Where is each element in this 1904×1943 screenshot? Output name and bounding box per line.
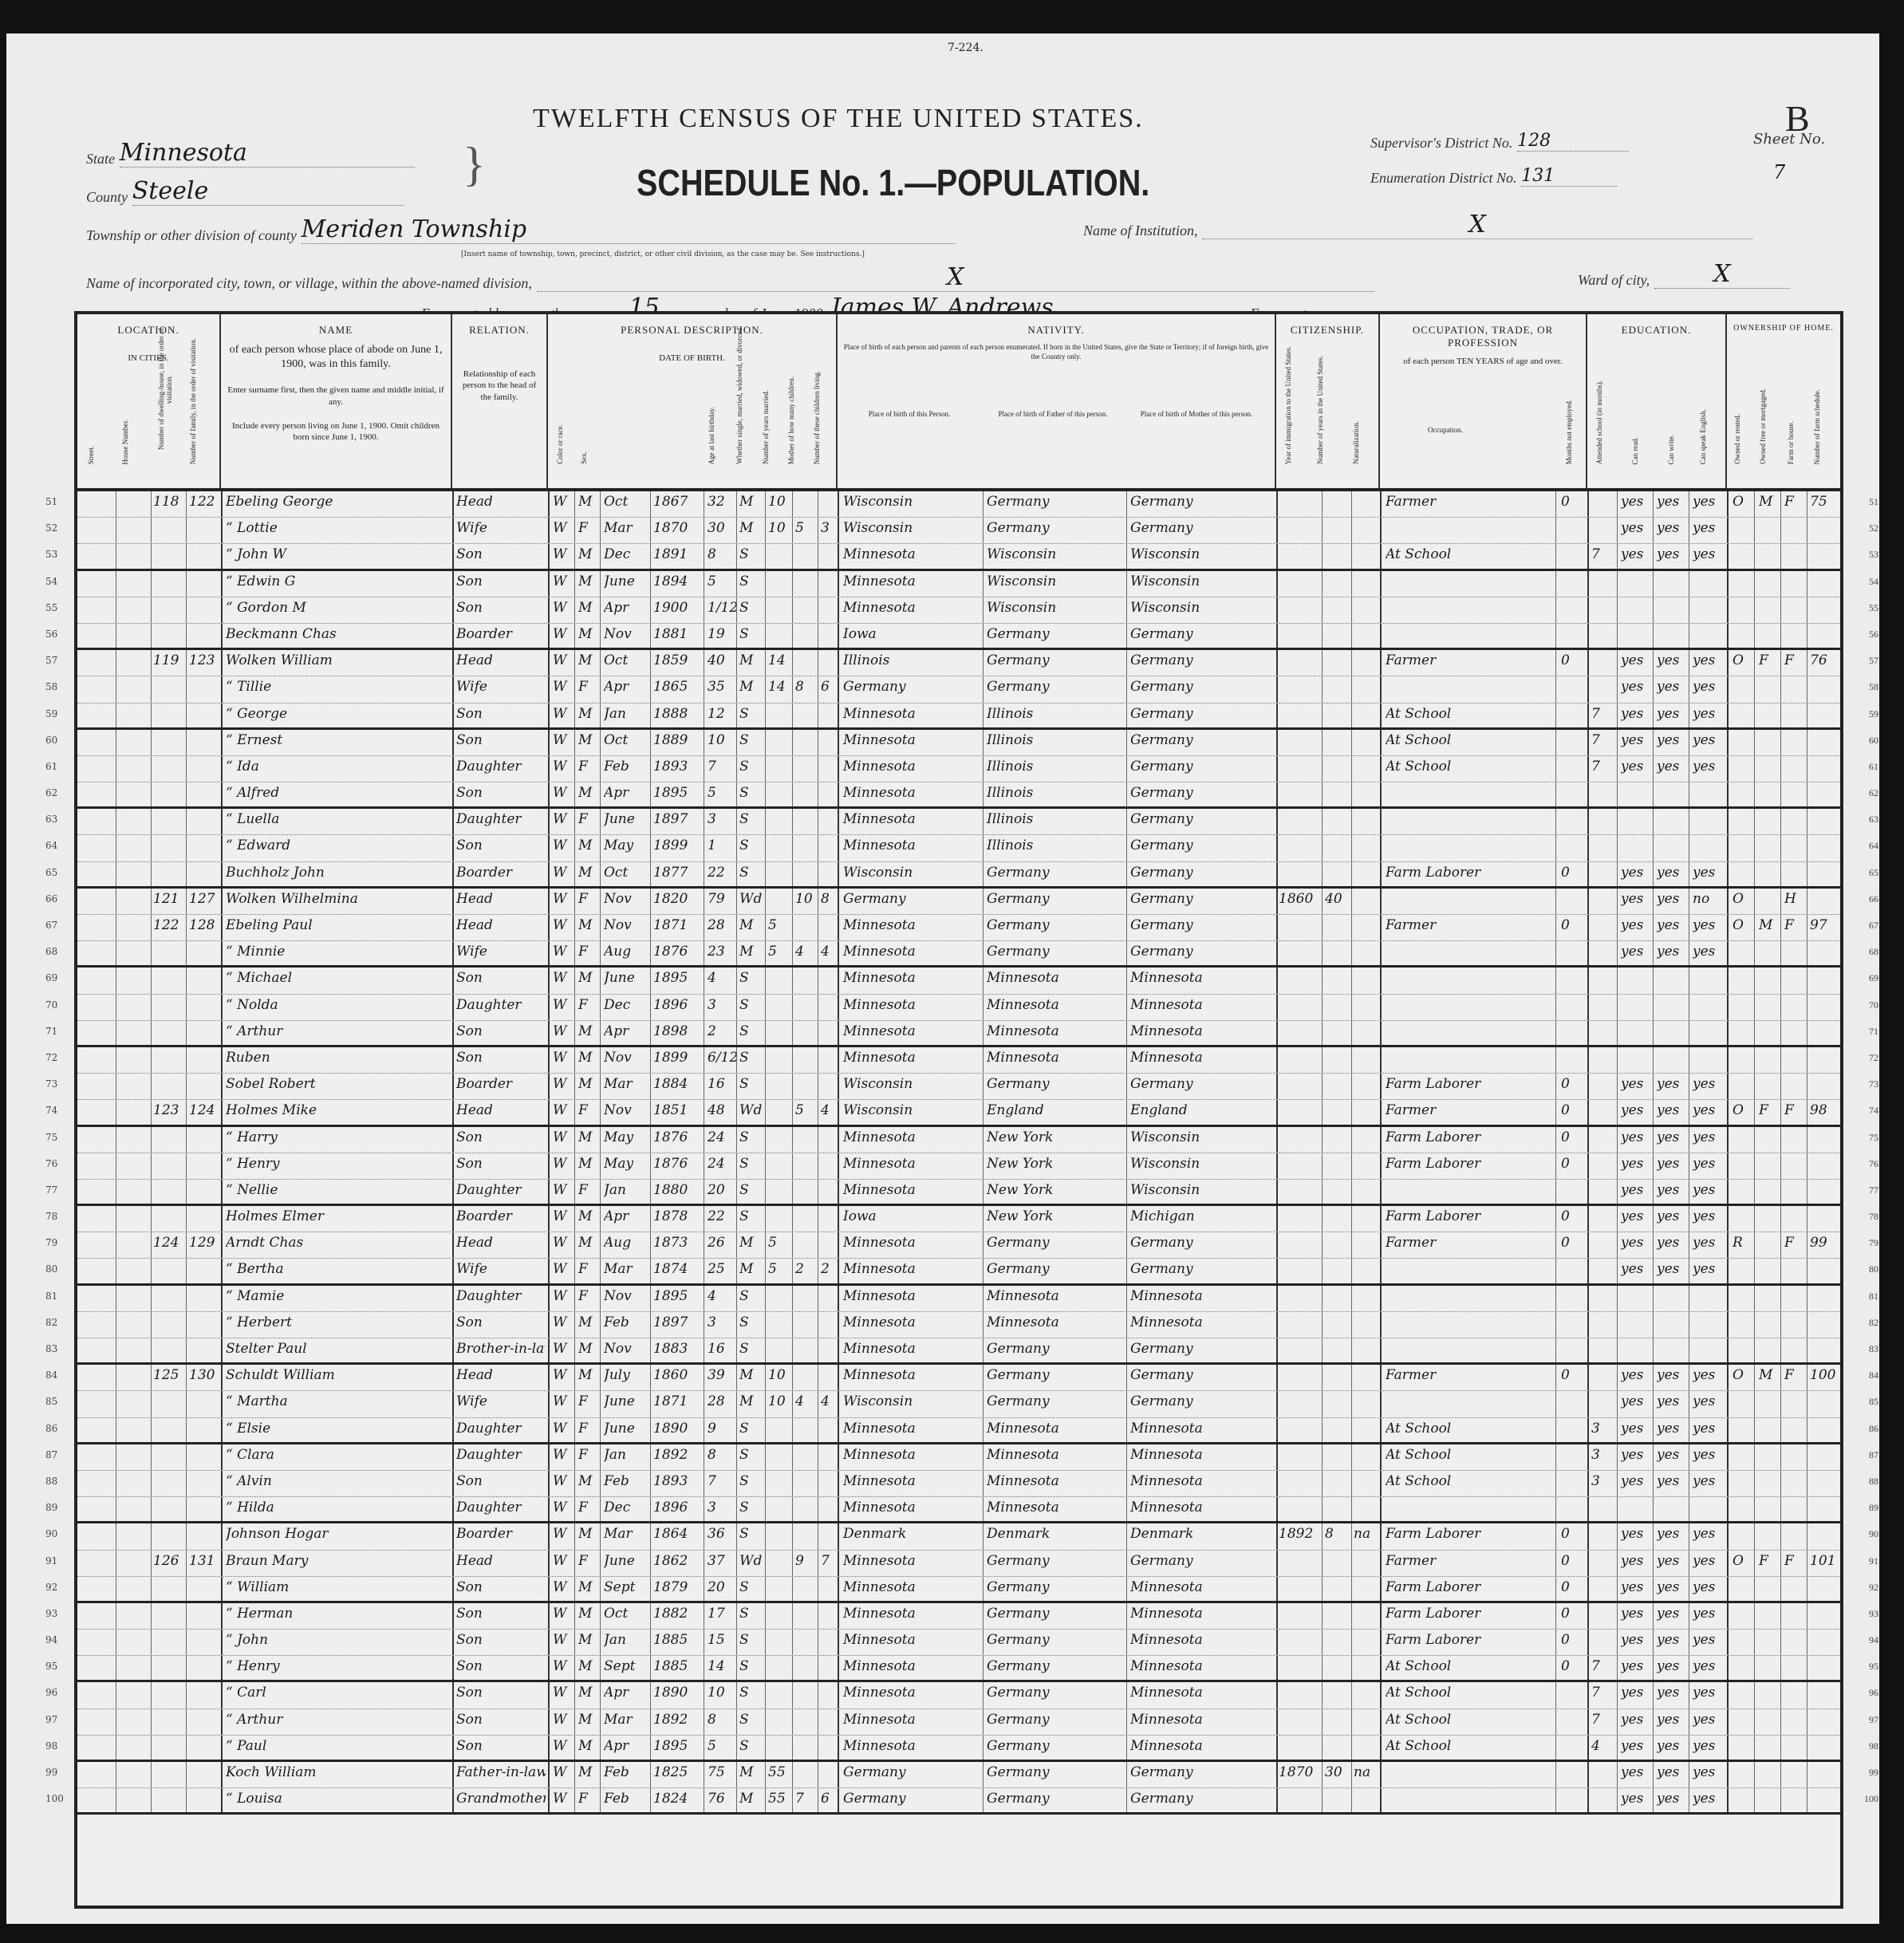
cell-birth: Minnesota (843, 997, 983, 1013)
column-divider (983, 941, 984, 965)
column-divider (548, 1286, 550, 1311)
column-divider (818, 1418, 818, 1442)
column-divider (1126, 1444, 1127, 1470)
cell-father: Wisconsin (987, 573, 1126, 589)
cell-read: yes (1621, 1235, 1656, 1251)
column-divider (736, 544, 737, 568)
column-divider (983, 1523, 984, 1549)
cell-birth: Wisconsin (843, 1393, 983, 1409)
column-divider (1351, 1577, 1352, 1601)
cell-school: 7 (1591, 1685, 1614, 1701)
column-divider (574, 1074, 575, 1099)
cell-father: Germany (987, 1341, 1126, 1357)
cell-write: yes (1657, 1685, 1692, 1701)
cell-marital: S (739, 1421, 763, 1437)
cell-unemp: 0 (1561, 1208, 1583, 1224)
cell-color: W (553, 1314, 574, 1330)
cell-dwelling: 124 (153, 1235, 185, 1251)
column-divider (1276, 650, 1278, 676)
cell-age: 3 (708, 1500, 736, 1515)
cell-relation: Son (456, 1314, 546, 1330)
cell-name: “ Edwin G (226, 573, 449, 589)
column-divider (1653, 1286, 1654, 1311)
cell-read: yes (1621, 1553, 1656, 1569)
line-number-left: 56 (45, 629, 57, 640)
cell-color: W (553, 944, 574, 960)
cell-name: “ Tillie (226, 679, 449, 695)
column-divider (600, 1418, 601, 1442)
cell-year: 1876 (653, 944, 700, 960)
cell-speak: yes (1693, 1261, 1728, 1277)
column-divider (151, 1682, 152, 1708)
ward-label: Ward of city, (1578, 272, 1650, 288)
cell-year: 1862 (653, 1553, 700, 1569)
cell-name: Holmes Mike (226, 1102, 449, 1118)
cell-school: 7 (1591, 1712, 1614, 1728)
column-divider (1587, 756, 1589, 782)
column-divider (838, 1630, 839, 1655)
cell-color: W (553, 520, 574, 536)
cell-relation: Daughter (456, 811, 546, 827)
cell-color: W (553, 1393, 574, 1409)
column-divider (1555, 1047, 1556, 1073)
cell-age: 8 (708, 1447, 736, 1463)
cell-relation: Grandmother (456, 1791, 546, 1807)
cell-mother: Minnesota (1130, 1712, 1270, 1728)
column-divider (1754, 1338, 1755, 1362)
table-row: “ TillieWifeWFApr186535M1486GermanyGerma… (77, 676, 1840, 703)
cell-mother: Minnesota (1130, 1473, 1270, 1489)
column-divider (1276, 1100, 1278, 1124)
column-divider (452, 862, 454, 886)
line-number: 74 (1869, 1105, 1878, 1117)
table-row: 118122Ebeling GeorgeHeadWMOct186732M10Wi… (77, 491, 1840, 518)
column-divider (452, 995, 454, 1020)
column-divider (221, 676, 223, 702)
column-divider (151, 835, 152, 861)
column-divider (151, 544, 152, 568)
column-divider (1322, 544, 1323, 568)
cell-unemp: 0 (1561, 494, 1583, 510)
cell-speak: no (1693, 891, 1728, 907)
column-divider (1126, 597, 1127, 623)
column-divider (1807, 1788, 1807, 1812)
column-divider (765, 1471, 766, 1496)
supervisor-field: Supervisor's District No. 128 (1370, 131, 1629, 152)
column-divider (1322, 1762, 1323, 1787)
column-divider (1617, 1497, 1618, 1521)
column-divider (838, 809, 839, 834)
cell-month: Mar (604, 1076, 652, 1092)
column-divider (1126, 995, 1127, 1020)
cell-write: yes (1657, 1156, 1692, 1172)
column-divider (818, 597, 818, 623)
column-divider (1126, 1709, 1127, 1735)
column-divider (1617, 730, 1618, 755)
column-divider (548, 544, 550, 568)
column-divider (838, 1418, 839, 1442)
column-divider (1126, 1630, 1127, 1655)
line-number-left: 53 (45, 549, 57, 560)
column-divider (736, 730, 737, 755)
column-divider (1754, 809, 1755, 834)
column-divider (765, 1074, 766, 1099)
cell-mother: Wisconsin (1130, 600, 1270, 616)
cell-marital: S (739, 1606, 763, 1622)
column-divider (765, 782, 766, 806)
column-divider (1351, 703, 1352, 727)
line-number: 65 (1869, 867, 1878, 879)
cell-mother: Germany (1130, 494, 1270, 510)
column-divider (548, 1682, 550, 1708)
cell-relation: Son (456, 1129, 546, 1145)
cell-relation: Son (456, 1658, 546, 1674)
column-divider (151, 1391, 152, 1417)
cell-birth: Minnesota (843, 1367, 983, 1383)
cell-occupation: At School (1386, 732, 1545, 748)
line-number-left: 100 (45, 1793, 64, 1804)
column-divider (116, 624, 116, 648)
column-divider (116, 1709, 116, 1735)
column-divider (548, 915, 550, 940)
cell-name: “ Harry (226, 1129, 449, 1145)
column-divider (1754, 518, 1755, 543)
cell-year: 1897 (653, 811, 700, 827)
cell-age: 4 (708, 1288, 736, 1304)
column-divider (1555, 1153, 1556, 1179)
cell-name: “ Ernest (226, 732, 449, 748)
cell-unemp: 0 (1561, 917, 1583, 933)
column-divider (1807, 1418, 1807, 1442)
ward-field: Ward of city, X (1578, 260, 1790, 289)
column-divider (765, 1497, 766, 1521)
column-divider (1276, 968, 1278, 993)
column-divider (600, 1074, 601, 1099)
cell-mother: Germany (1130, 1261, 1270, 1277)
column-divider (1689, 571, 1689, 597)
column-divider (1555, 1021, 1556, 1045)
cell-write: yes (1657, 917, 1692, 933)
cell-sex: M (578, 1658, 599, 1674)
cell-living: 4 (821, 944, 842, 960)
column-divider (1351, 624, 1352, 648)
column-divider (1380, 1286, 1382, 1311)
column-divider (704, 1471, 704, 1496)
column-divider (221, 1788, 223, 1812)
column-divider (452, 889, 454, 914)
column-divider (574, 889, 575, 914)
cell-sex: F (578, 1182, 599, 1198)
column-divider (1126, 1788, 1127, 1812)
column-divider (1276, 1127, 1278, 1153)
column-divider (221, 1338, 223, 1362)
column-divider (574, 544, 575, 568)
cell-mother: Germany (1130, 811, 1270, 827)
cell-father: Germany (987, 652, 1126, 668)
column-divider (765, 1444, 766, 1470)
cell-read: yes (1621, 1447, 1656, 1463)
cell-marital: M (739, 1764, 763, 1780)
cell-birth: Minnesota (843, 600, 983, 616)
cell-occupation: At School (1386, 1658, 1545, 1674)
cell-read: yes (1621, 1791, 1656, 1807)
column-divider (792, 1391, 793, 1417)
cell-living: 3 (821, 520, 842, 536)
cell-speak: yes (1693, 1685, 1728, 1701)
column-divider (1126, 1286, 1127, 1311)
column-divider (792, 491, 793, 517)
cell-age: 32 (708, 494, 736, 510)
cell-year: 1895 (653, 1288, 700, 1304)
column-divider (838, 1127, 839, 1153)
cell-birth: Minnesota (843, 1473, 983, 1489)
cell-birth: Minnesota (843, 1129, 983, 1145)
cell-month: Aug (604, 1235, 652, 1251)
column-divider (1126, 1365, 1127, 1390)
cell-occupation: Farmer (1386, 494, 1545, 510)
column-divider (736, 809, 737, 834)
column-divider (1807, 1736, 1807, 1760)
column-divider (1807, 782, 1807, 806)
column-divider (1380, 835, 1382, 861)
column-divider (548, 491, 550, 517)
column-divider (116, 1365, 116, 1390)
column-divider (1689, 1047, 1689, 1073)
table-body: 118122Ebeling GeorgeHeadWMOct186732M10Wi… (77, 491, 1840, 1815)
column-divider (1555, 1444, 1556, 1470)
column-divider (1380, 1603, 1382, 1629)
column-divider (792, 1523, 793, 1549)
column-divider (452, 915, 454, 940)
column-divider (221, 1444, 223, 1470)
cell-read: yes (1621, 1606, 1656, 1622)
column-divider (1276, 1551, 1278, 1576)
column-divider (452, 491, 454, 517)
cell-speak: yes (1693, 1421, 1728, 1437)
cell-month: June (604, 970, 652, 986)
cell-sex: M (578, 1367, 599, 1383)
cell-month: June (604, 1393, 652, 1409)
cell-sex: F (578, 1261, 599, 1277)
column-divider (818, 835, 818, 861)
column-divider (574, 1762, 575, 1787)
line-number: 75 (1869, 1132, 1878, 1144)
column-divider (1807, 1656, 1807, 1680)
column-divider (600, 1100, 601, 1124)
column-divider (704, 782, 704, 806)
cell-name: Ruben (226, 1050, 449, 1066)
cell-mother-of: 4 (795, 944, 819, 960)
table-row: 119123Wolken WilliamHeadWMOct185940M14Il… (77, 650, 1840, 676)
column-divider (1126, 1153, 1127, 1179)
column-divider (186, 1709, 187, 1735)
cell-read: yes (1621, 1632, 1656, 1648)
institution-field: Name of Institution, X (1083, 211, 1752, 239)
cell-name: “ Clara (226, 1447, 449, 1463)
column-divider (818, 1444, 818, 1470)
column-divider (838, 597, 839, 623)
column-divider (704, 1259, 704, 1283)
column-divider (151, 1762, 152, 1787)
cell-year: 1893 (653, 759, 700, 774)
cell-age: 8 (708, 546, 736, 562)
column-divider (818, 1603, 818, 1629)
line-number-left: 73 (45, 1078, 57, 1090)
column-divider (151, 756, 152, 782)
cell-month: Oct (604, 1606, 652, 1622)
column-divider (1807, 1312, 1807, 1338)
line-number-left: 62 (45, 787, 57, 798)
column-divider (1555, 889, 1556, 914)
column-divider (151, 597, 152, 623)
cell-marital: S (739, 732, 763, 748)
column-divider (983, 1286, 984, 1311)
column-divider (186, 1577, 187, 1601)
column-divider (151, 1523, 152, 1549)
cell-marital: S (739, 811, 763, 827)
column-divider (452, 571, 454, 597)
column-divider (1276, 1259, 1278, 1283)
column-divider (221, 1736, 223, 1760)
column-divider (186, 1180, 187, 1204)
column-divider (1780, 1047, 1781, 1073)
header-location: LOCATION. IN CITIES. Street. House Numbe… (77, 314, 221, 488)
column-divider (452, 1656, 454, 1680)
column-divider (838, 491, 839, 517)
state-label: State (86, 151, 115, 167)
cell-year: 1865 (653, 679, 700, 695)
cell-marital: S (739, 1526, 763, 1542)
table-row: “ John WSonWMDec18918SMinnesotaWisconsin… (77, 544, 1840, 570)
column-divider (1555, 1232, 1556, 1258)
column-divider (704, 650, 704, 676)
column-divider (1555, 1709, 1556, 1735)
cell-mother-of: 8 (795, 679, 819, 695)
column-divider (186, 1418, 187, 1442)
cell-unemp: 0 (1561, 1632, 1583, 1648)
column-divider (548, 1206, 550, 1232)
column-divider (1587, 518, 1589, 543)
column-divider (1807, 1709, 1807, 1735)
column-divider (116, 1286, 116, 1311)
column-divider (1322, 1259, 1323, 1283)
column-divider (983, 1365, 984, 1390)
cell-write: yes (1657, 865, 1692, 881)
column-divider (1126, 1418, 1127, 1442)
column-divider (548, 941, 550, 965)
column-divider (704, 1047, 704, 1073)
cell-speak: yes (1693, 652, 1728, 668)
column-divider (792, 1603, 793, 1629)
column-divider (983, 703, 984, 727)
cell-name: “ Arthur (226, 1023, 449, 1039)
column-divider (1126, 676, 1127, 702)
cell-color: W (553, 917, 574, 933)
cell-write: yes (1657, 732, 1692, 748)
column-divider (792, 1338, 793, 1362)
column-divider (1587, 968, 1589, 993)
cell-yrs-us: 30 (1325, 1764, 1354, 1780)
line-number-left: 95 (45, 1661, 57, 1672)
column-divider (1807, 1259, 1807, 1283)
column-divider (1587, 491, 1589, 517)
column-divider (1351, 1497, 1352, 1521)
column-divider (1727, 809, 1729, 834)
column-divider (548, 1523, 550, 1549)
cell-age: 25 (708, 1261, 736, 1277)
column-divider (221, 835, 223, 861)
column-divider (1587, 703, 1589, 727)
cell-birth: Minnesota (843, 1658, 983, 1674)
cell-birth: Illinois (843, 652, 983, 668)
cell-birth: Minnesota (843, 1712, 983, 1728)
cell-relation: Daughter (456, 1447, 546, 1463)
table-row: Stelter PaulBrother-in-lawWMNov188316SMi… (77, 1338, 1840, 1365)
table-header: LOCATION. IN CITIES. Street. House Numbe… (77, 314, 1840, 491)
column-divider (983, 782, 984, 806)
column-divider (574, 968, 575, 993)
line-number: 56 (1869, 629, 1878, 640)
cell-living: 4 (821, 1393, 842, 1409)
column-divider (221, 544, 223, 568)
column-divider (1126, 1391, 1127, 1417)
column-divider (186, 1127, 187, 1153)
column-divider (574, 1577, 575, 1601)
cell-month: Aug (604, 944, 652, 960)
line-number: 70 (1869, 999, 1878, 1011)
column-divider (116, 1391, 116, 1417)
table-row: 121127Wolken WilhelminaHeadWFNov182079Wd… (77, 889, 1840, 915)
cell-marital: M (739, 679, 763, 695)
column-divider (452, 1365, 454, 1390)
cell-relation: Head (456, 1553, 546, 1569)
column-divider (1617, 1418, 1618, 1442)
column-divider (1555, 809, 1556, 834)
column-divider (838, 1656, 839, 1680)
cell-year: 1891 (653, 546, 700, 562)
column-divider (1807, 1577, 1807, 1601)
cell-sex: M (578, 970, 599, 986)
column-divider (1276, 1206, 1278, 1232)
column-divider (765, 915, 766, 940)
line-number: 83 (1869, 1343, 1878, 1355)
cell-relation: Boarder (456, 1208, 546, 1224)
column-divider (1780, 1471, 1781, 1496)
cell-own: O (1733, 494, 1756, 510)
table-row: “ AlfredSonWMApr18955SMinnesotaIllinoisG… (77, 782, 1840, 809)
column-divider (116, 968, 116, 993)
column-divider (1617, 1127, 1618, 1153)
column-divider (1807, 1153, 1807, 1179)
cell-sex: M (578, 785, 599, 801)
column-divider (1555, 1471, 1556, 1496)
cell-birth: Minnesota (843, 1738, 983, 1754)
column-divider (1380, 995, 1382, 1020)
column-divider (1322, 1709, 1323, 1735)
cell-relation: Son (456, 1023, 546, 1039)
column-divider (1380, 1709, 1382, 1735)
table-row: “ HermanSonWMOct188217SMinnesotaGermanyM… (77, 1603, 1840, 1630)
column-divider (792, 1259, 793, 1283)
cell-month: Apr (604, 679, 652, 695)
cell-sex: M (578, 732, 599, 748)
column-divider (1380, 703, 1382, 727)
cell-sex: F (578, 1102, 599, 1118)
column-divider (548, 862, 550, 886)
cell-father: Wisconsin (987, 546, 1126, 562)
column-divider (818, 1286, 818, 1311)
column-divider (838, 730, 839, 755)
